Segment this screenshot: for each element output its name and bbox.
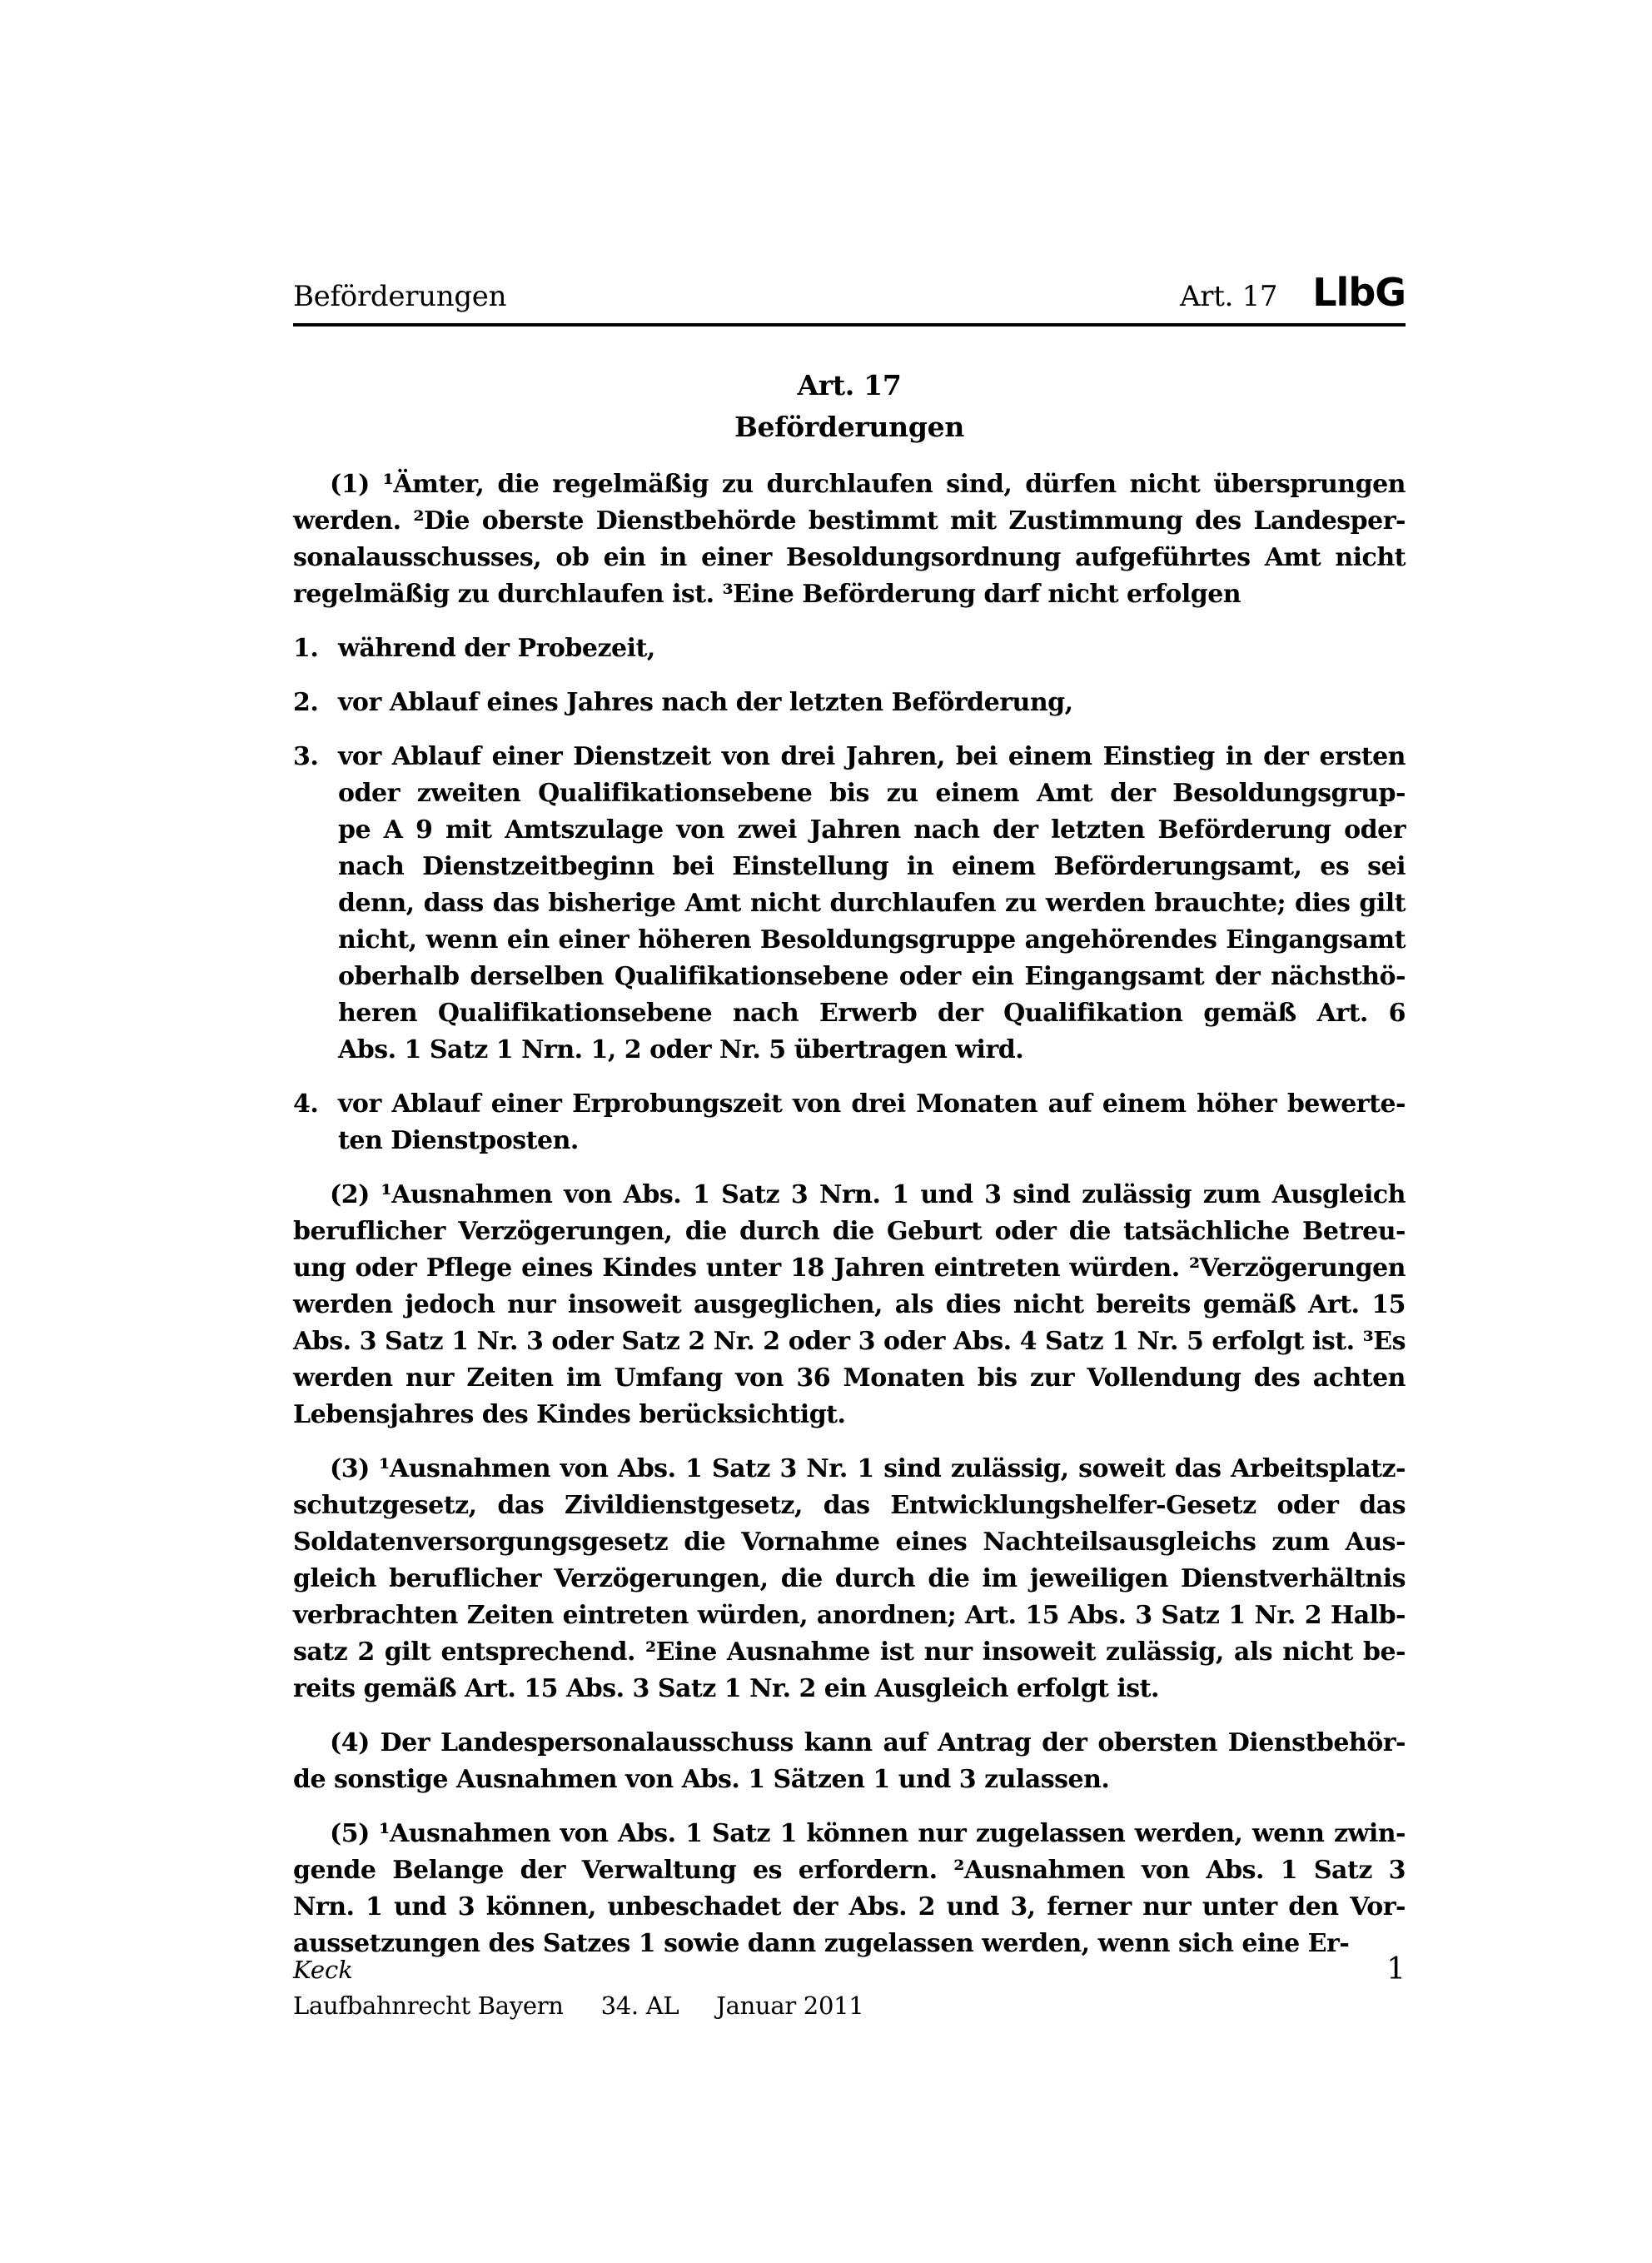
list-item-marker: 1.: [293, 631, 318, 667]
paragraph-abs-5: (5) ¹Ausnahmen von Abs. 1 Satz 1 können …: [293, 1816, 1406, 1962]
running-header-right: Art. 17 LlbG: [1180, 278, 1406, 313]
list-item-nr-3: 3.vor Ablauf einer Dienstzeit von drei J…: [293, 739, 1406, 1069]
text-line: (3) ¹Ausnahmen von Abs. 1 Satz 3 Nr. 1 s…: [293, 1451, 1406, 1488]
text-line: ung oder Pflege eines Kindes unter 18 Ja…: [293, 1250, 1406, 1287]
text-line: vor Ablauf eines Jahres nach der letzten…: [338, 685, 1406, 721]
paragraph-abs-1: (1) ¹Ämter, die regelmäßig zu durchlaufe…: [293, 466, 1406, 613]
text-line: satz 2 gilt entsprechend. ²Eine Ausnahme…: [293, 1634, 1406, 1671]
paragraph-abs-2: (2) ¹Ausnahmen von Abs. 1 Satz 3 Nrn. 1 …: [293, 1177, 1406, 1433]
running-header: Beförderungen Art. 17 LlbG: [293, 278, 1406, 326]
text-line: reits gemäß Art. 15 Abs. 3 Satz 1 Nr. 2 …: [293, 1671, 1406, 1707]
paragraph-abs-4: (4) Der Landespersonalausschuss kann auf…: [293, 1725, 1406, 1798]
page-footer: Keck Laufbahnrecht Bayern 34. AL Januar …: [293, 1951, 1406, 2022]
text-line: während der Probezeit,: [338, 631, 1406, 667]
footer-editor: Keck: [293, 1951, 863, 1989]
article-title-heading: Beförderungen: [293, 406, 1406, 448]
article-number-heading: Art. 17: [293, 365, 1406, 406]
text-line: pe A 9 mit Amtszulage von zwei Jahren na…: [338, 812, 1406, 849]
list-item-nr-4: 4.vor Ablauf einer Erprobungszeit von dr…: [293, 1086, 1406, 1159]
text-line: de sonstige Ausnahmen von Abs. 1 Sätzen …: [293, 1762, 1406, 1798]
paragraph-abs-3: (3) ¹Ausnahmen von Abs. 1 Satz 3 Nr. 1 s…: [293, 1451, 1406, 1707]
text-line: ten Dienstposten.: [338, 1123, 1406, 1159]
text-line: sonalausschusses, ob ein in einer Besold…: [293, 540, 1406, 576]
text-line: Abs. 1 Satz 1 Nrn. 1, 2 oder Nr. 5 übert…: [338, 1032, 1406, 1069]
list-item-marker: 2.: [293, 685, 318, 721]
text-line: (5) ¹Ausnahmen von Abs. 1 Satz 1 können …: [293, 1816, 1406, 1852]
footer-imprint-block: Keck Laufbahnrecht Bayern 34. AL Januar …: [293, 1951, 863, 2022]
footer-supplement: 34. AL: [601, 1991, 679, 2020]
text-line: (2) ¹Ausnahmen von Abs. 1 Satz 3 Nrn. 1 …: [293, 1177, 1406, 1214]
text-line: (4) Der Landespersonalausschuss kann auf…: [293, 1725, 1406, 1762]
text-line: gende Belange der Verwaltung es erforder…: [293, 1852, 1406, 1889]
text-line: denn, dass das bisherige Amt nicht durch…: [338, 885, 1406, 922]
text-line: werden jedoch nur insoweit ausgeglichen,…: [293, 1287, 1406, 1323]
text-line: gleich beruflicher Verzögerungen, die du…: [293, 1561, 1406, 1598]
text-line: Nrn. 1 und 3 können, unbeschadet der Abs…: [293, 1889, 1406, 1926]
text-line: verbrachten Zeiten eintreten würden, ano…: [293, 1598, 1406, 1634]
text-line: Abs. 3 Satz 1 Nr. 3 oder Satz 2 Nr. 2 od…: [293, 1323, 1406, 1360]
footer-publication: Laufbahnrecht Bayern: [293, 1991, 564, 2020]
text-line: nicht, wenn ein einer höheren Besoldungs…: [338, 922, 1406, 959]
text-line: werden nur Zeiten im Umfang von 36 Monat…: [293, 1360, 1406, 1397]
document-page: Beförderungen Art. 17 LlbG Art. 17 Beför…: [0, 0, 1652, 2263]
article-body: (1) ¹Ämter, die regelmäßig zu durchlaufe…: [293, 466, 1406, 1962]
text-line: nach Dienstzeitbeginn bei Einstellung in…: [338, 849, 1406, 885]
list-item-nr-2: 2.vor Ablauf eines Jahres nach der letzt…: [293, 685, 1406, 721]
text-line: regelmäßig zu durchlaufen ist. ³Eine Bef…: [293, 576, 1406, 613]
list-item-marker: 4.: [293, 1086, 318, 1123]
text-line: beruflicher Verzögerungen, die durch die…: [293, 1214, 1406, 1250]
text-line: vor Ablauf einer Erprobungszeit von drei…: [338, 1086, 1406, 1123]
list-item-nr-1: 1.während der Probezeit,: [293, 631, 1406, 667]
footer-imprint-line: Laufbahnrecht Bayern 34. AL Januar 2011: [293, 1989, 863, 2022]
text-line: vor Ablauf einer Dienstzeit von drei Jah…: [338, 739, 1406, 775]
list-item-marker: 3.: [293, 739, 318, 775]
text-line: Lebensjahres des Kindes berücksichtigt.: [293, 1397, 1406, 1433]
footer-date: Januar 2011: [716, 1991, 863, 2020]
running-header-article-ref: Art. 17: [1180, 280, 1277, 313]
text-line: werden. ²Die oberste Dienstbehörde besti…: [293, 503, 1406, 540]
page-number: 1: [1386, 1951, 1406, 1989]
text-line: oberhalb derselben Qualifikationsebene o…: [338, 959, 1406, 995]
article-heading: Art. 17 Beförderungen: [293, 365, 1406, 448]
text-line: heren Qualifikationsebene nach Erwerb de…: [338, 995, 1406, 1032]
running-header-section-title: Beförderungen: [293, 280, 506, 313]
page-content: Beförderungen Art. 17 LlbG Art. 17 Beför…: [293, 278, 1406, 1962]
text-line: oder zweiten Qualifikationsebene bis zu …: [338, 775, 1406, 812]
text-line: (1) ¹Ämter, die regelmäßig zu durchlaufe…: [293, 466, 1406, 503]
text-line: schutzgesetz, das Zivildienstgesetz, das…: [293, 1488, 1406, 1524]
text-line: Soldatenversorgungsgesetz die Vornahme e…: [293, 1524, 1406, 1561]
running-header-code-abbr: LlbG: [1312, 278, 1406, 307]
